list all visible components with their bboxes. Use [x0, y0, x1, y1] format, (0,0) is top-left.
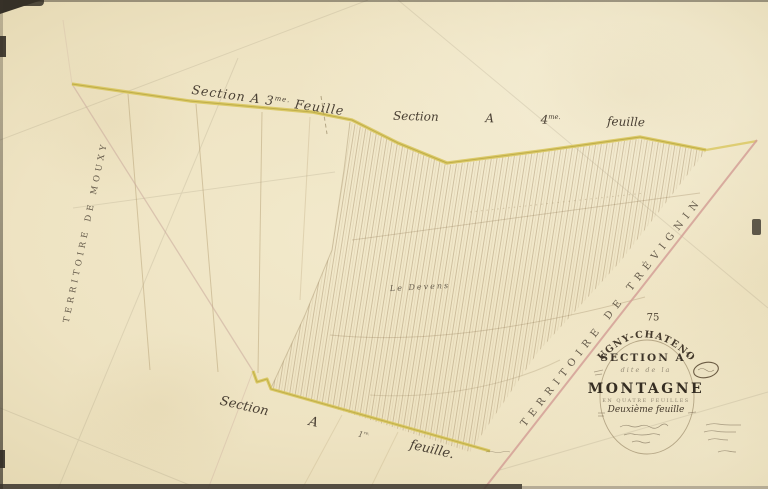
cartouche-title: MONTAGNE — [588, 381, 704, 397]
cartouche-number: 75 — [647, 313, 660, 324]
cartouche-feuilles-note: en quatre feuilles — [602, 398, 689, 404]
cartouche-section: SECTION A2. — [600, 352, 695, 364]
map-drawing: PUGNY-CHATENOD — [0, 0, 768, 489]
stamp-oval-icon — [692, 360, 720, 380]
map-sheet: PUGNY-CHATENOD Section A 3me. Feuille Se… — [0, 0, 768, 489]
cartouche-feuille-line: Deuxième feuille — [608, 405, 685, 415]
illegible-script-lines — [620, 424, 668, 443]
cartouche-dite: dite de la — [621, 366, 672, 374]
